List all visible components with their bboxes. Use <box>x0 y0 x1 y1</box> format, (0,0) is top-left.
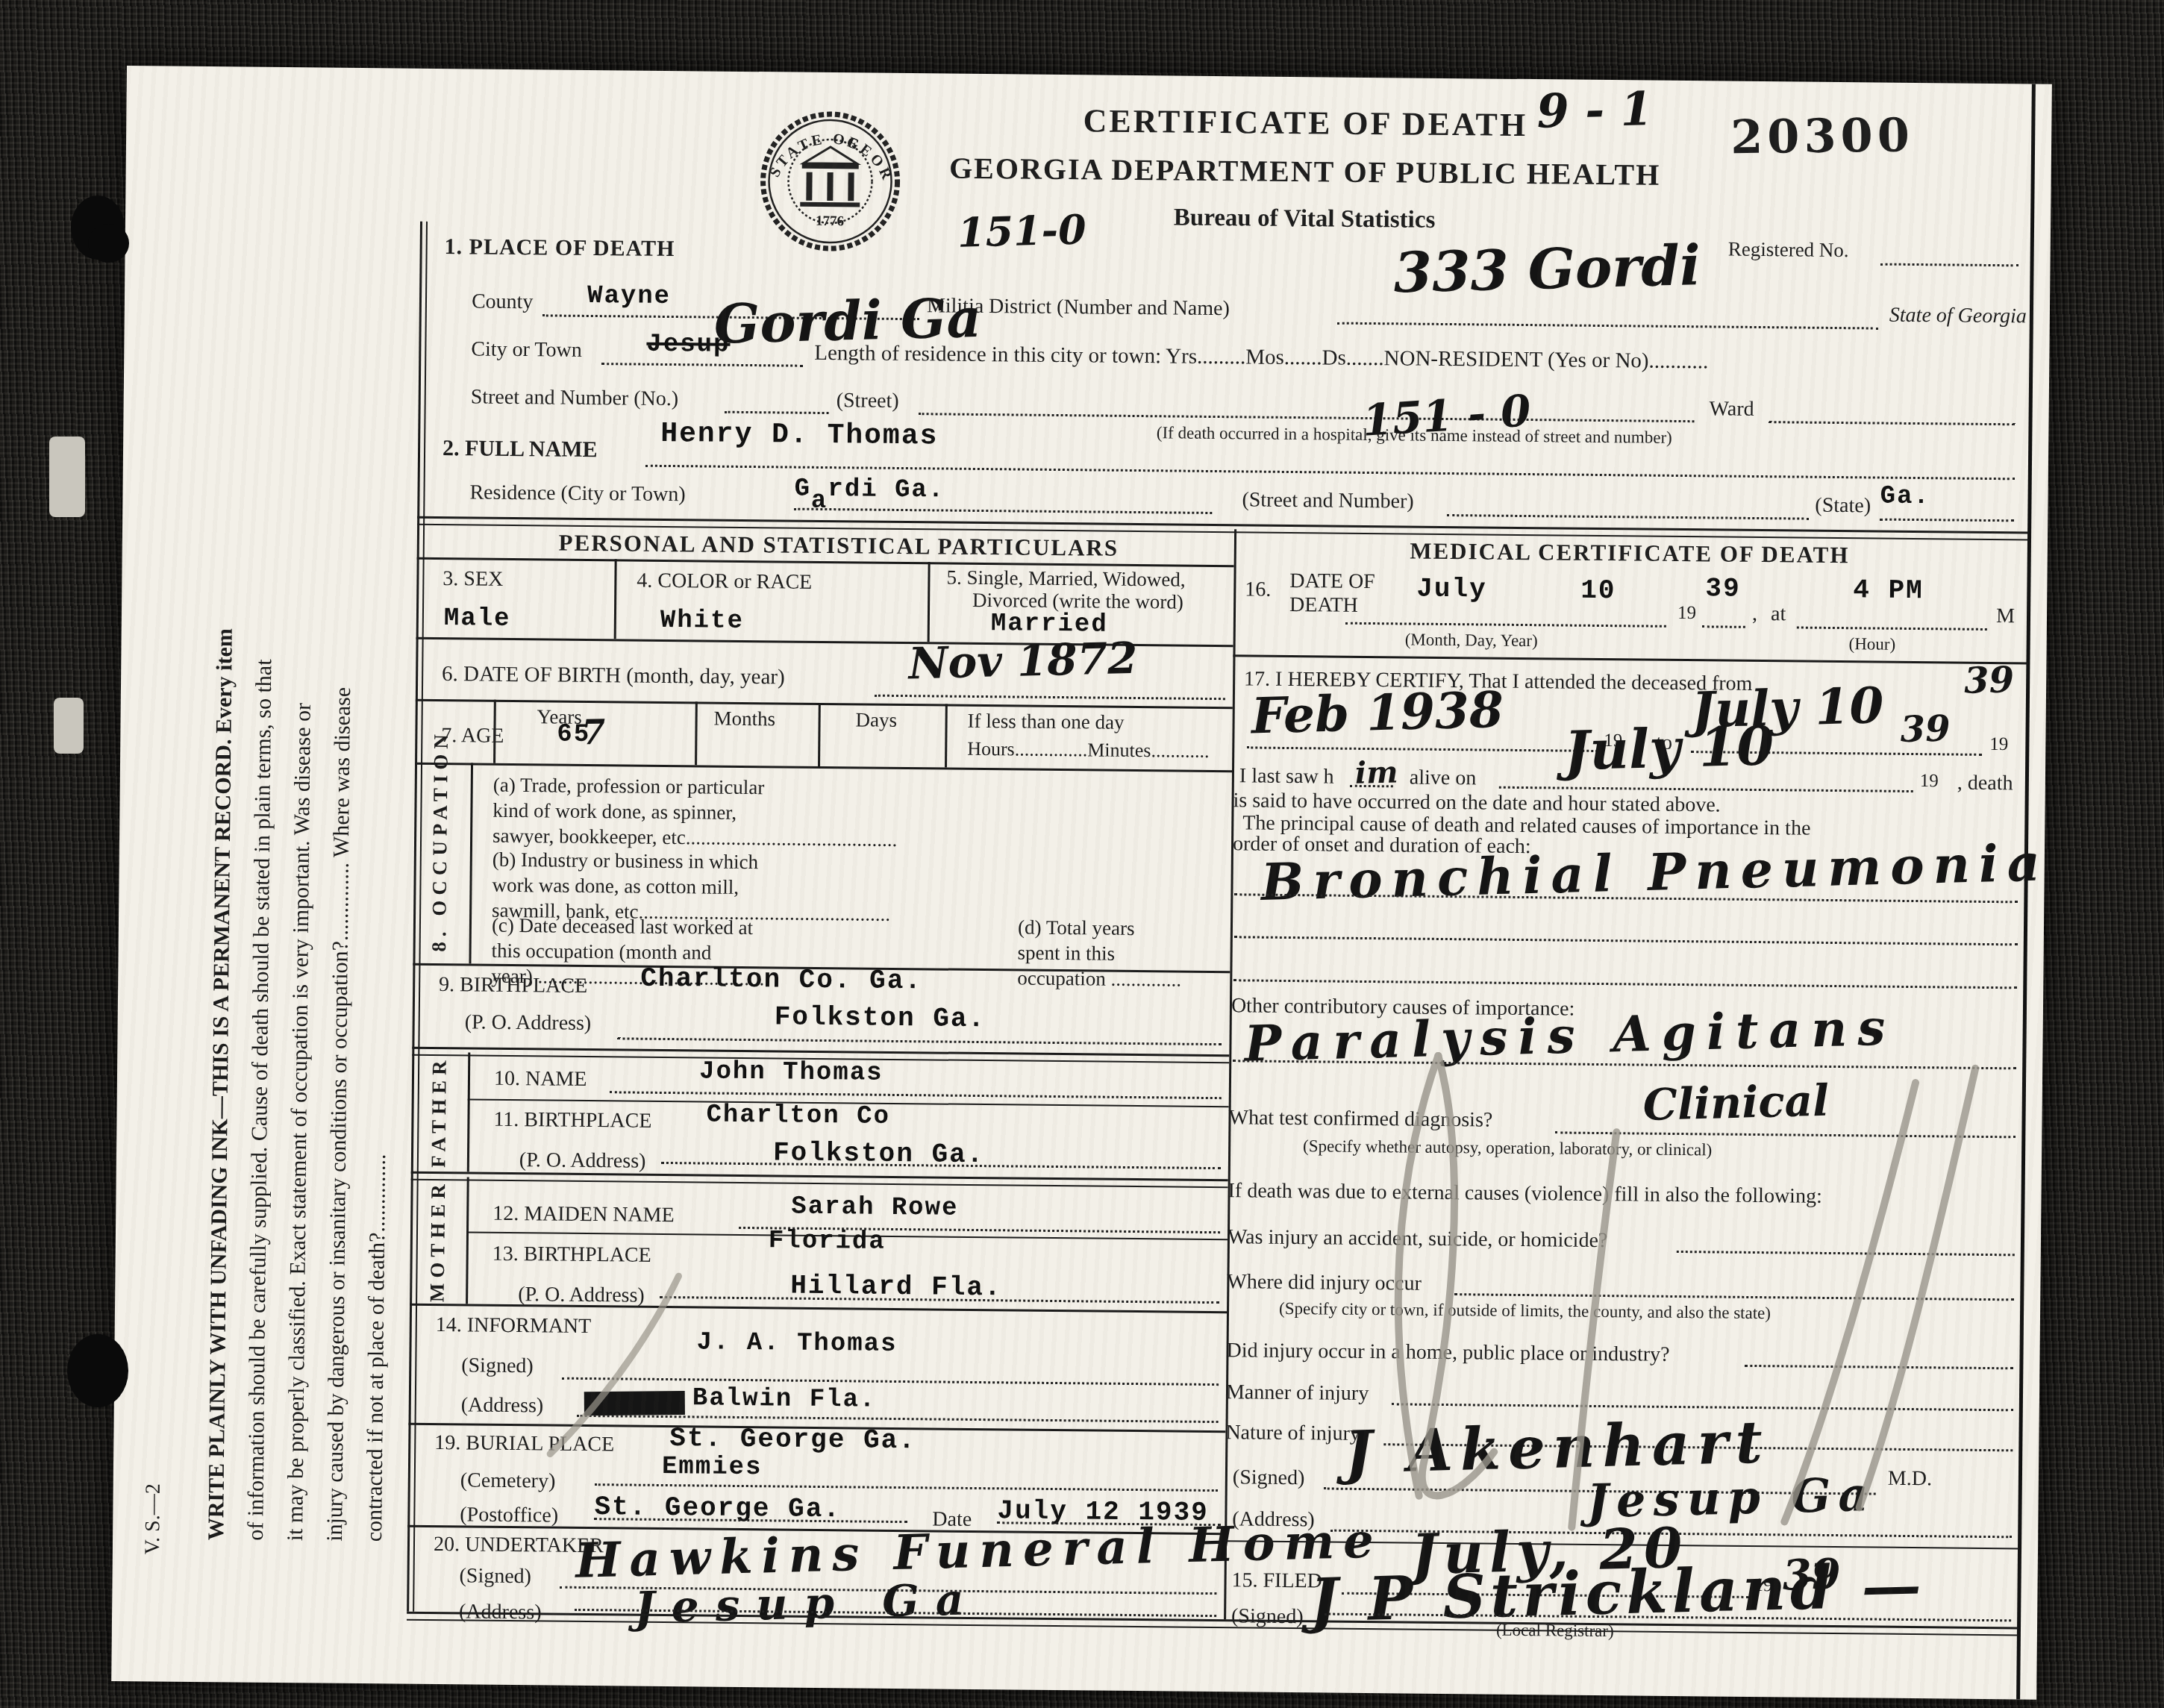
local-registrar-note: (Local Registrar) <box>1496 1621 1614 1642</box>
sex-value: Male <box>444 604 511 634</box>
home-injury-blank <box>1745 1365 2013 1369</box>
right-column-header: MEDICAL CERTIFICATE OF DEATH <box>1242 536 2018 570</box>
paper-edge-chip <box>54 698 84 754</box>
certificate-title: CERTIFICATE OF DEATH <box>984 101 1626 145</box>
residence-state-blank <box>1880 519 2014 522</box>
accident-label: Was injury an accident, suicide, or homi… <box>1228 1225 1608 1253</box>
nature-label: Nature of injury <box>1225 1421 1360 1446</box>
rule <box>928 562 931 642</box>
street-number-label: Street and Number (No.) <box>471 385 679 411</box>
militia-district-blank <box>1337 322 1878 330</box>
full-name-code: 151 - 0 <box>1361 385 1533 445</box>
external-causes-label: If death was due to external causes (vio… <box>1228 1179 1821 1209</box>
last-saw-year-value: 39 <box>1900 707 1951 751</box>
cause-blank-2 <box>1234 936 2018 945</box>
street-sub-label: (Street) <box>836 389 899 413</box>
attended-to-year-prefix: 19 <box>1989 734 2008 755</box>
rule <box>466 1177 469 1304</box>
dob-blank <box>875 695 1225 701</box>
rule <box>410 1304 1227 1314</box>
test-label: What test confirmed diagnosis? <box>1228 1106 1492 1132</box>
mother-name-value: Sarah Rowe <box>791 1193 958 1223</box>
residence-value: Gardi Ga. <box>794 475 945 505</box>
where-injury-blank <box>1454 1293 2014 1301</box>
full-name-value: Henry D. Thomas <box>660 418 938 453</box>
seal-arch-icon <box>804 147 857 164</box>
street-no-blank <box>725 411 829 414</box>
death-suffix-label: , death <box>1957 772 2013 796</box>
svg-text:STATE OF: STATE OF <box>766 130 863 181</box>
where-injury-note: (Specify city or town, if outside of lim… <box>1279 1299 1771 1323</box>
bureau-title: Bureau of Vital Statistics <box>1081 203 1528 235</box>
rule <box>614 559 617 639</box>
department-title: GEORGIA DEPARTMENT OF PUBLIC HEALTH <box>947 151 1663 193</box>
place-of-death-label: 1. PLACE OF DEATH <box>445 234 675 262</box>
dod-hour-value: 4 PM <box>1853 575 1924 606</box>
accident-blank <box>1677 1251 2015 1256</box>
cause-blank-3 <box>1233 979 2017 989</box>
informant-address-label: (Address) <box>461 1393 544 1418</box>
dod-day-value: 10 <box>1580 575 1616 606</box>
rule <box>1233 654 2027 664</box>
mother-birthplace-value: Florida <box>769 1227 886 1257</box>
birthplace-po-value: Folkston Ga. <box>775 1001 986 1034</box>
informant-signed-blank <box>562 1377 1219 1386</box>
sex-label: 3. SEX <box>443 567 503 592</box>
occupation-section-label: 8. OCCUPATION <box>428 772 452 951</box>
residence-value-dropped-a: a <box>811 487 828 516</box>
registrar-signature: J P Strickland — <box>1309 1550 1926 1636</box>
handwritten-district-code: 151-0 <box>957 205 1086 256</box>
dod-year-prefix: 19 <box>1677 603 1696 624</box>
residence-label: Residence (City or Town) <box>469 481 685 507</box>
home-injury-label: Did injury occur in a home, public place… <box>1226 1339 1669 1367</box>
dod-number-label: 16. <box>1245 578 1271 601</box>
test-blank <box>1555 1131 2016 1138</box>
less-than-day-label: If less than one day <box>967 710 1124 734</box>
blacked-out-word <box>584 1391 685 1415</box>
city-blank <box>601 363 803 367</box>
residence-street-blank <box>1447 514 1809 520</box>
ward-blank <box>1769 421 2016 425</box>
mother-section-label: MOTHER <box>426 1177 451 1304</box>
residence-state-value: Ga. <box>1880 483 1930 512</box>
dod-at-label: at <box>1771 602 1786 626</box>
dod-label-1: DATE OF <box>1289 569 1375 594</box>
birthplace-po-label: (P. O. Address) <box>465 1010 592 1036</box>
dod-blank-1 <box>1345 622 1666 628</box>
dod-blank-3 <box>1797 627 1987 631</box>
father-name-label: 10. NAME <box>494 1067 587 1092</box>
hours-minutes-label: Hours...............Minutes............ <box>967 738 1210 763</box>
mother-name-label: 12. MAIDEN NAME <box>492 1202 675 1227</box>
test-note: (Specify whether autopsy, operation, lab… <box>1303 1136 1712 1160</box>
residence-value-post: rdi Ga. <box>828 475 945 505</box>
cemetery-label: (Cemetery) <box>460 1468 556 1493</box>
dod-label-2: DEATH <box>1289 593 1358 618</box>
svg-text:GEORGIA: GEORGIA <box>758 109 897 184</box>
rule <box>415 763 1232 773</box>
father-name-value: John Thomas <box>699 1057 884 1087</box>
last-saw-date-value: July 10 <box>1563 713 1774 782</box>
race-label: 4. COLOR or RACE <box>637 569 812 595</box>
father-section-label: FATHER <box>427 1051 451 1171</box>
attended-to-year-value: 39 <box>1964 659 2015 702</box>
residence-length-label: Length of residence in this city or town… <box>814 341 1708 374</box>
postoffice-label: (Postoffice) <box>460 1503 558 1527</box>
mother-birthplace-label: 13. BIRTHPLACE <box>492 1242 651 1268</box>
rule <box>818 703 821 766</box>
city-or-town-label: City or Town <box>471 337 582 362</box>
dod-year-value: 39 <box>1705 573 1741 604</box>
informant-value: J. A. Thomas <box>696 1328 897 1359</box>
rule <box>945 704 948 768</box>
where-injury-label: Where did injury occur <box>1227 1270 1422 1295</box>
residence-value-pre: G <box>794 475 811 504</box>
informant-address-blank <box>577 1415 1219 1423</box>
left-column-header: PERSONAL AND STATISTICAL PARTICULARS <box>443 528 1234 563</box>
hour-note: (Hour) <box>1849 634 1896 654</box>
age-months-label: Months <box>713 707 775 731</box>
rule <box>411 1171 1228 1189</box>
dob-value: Nov 1872 <box>908 633 1139 689</box>
attended-from-value: Feb 1938 <box>1251 681 1504 745</box>
full-name-label: 2. FULL NAME <box>443 436 598 463</box>
undertaker-signed-label: (Signed) <box>459 1564 531 1589</box>
rule <box>493 700 496 763</box>
father-birthplace-label: 11. BIRTHPLACE <box>493 1108 651 1133</box>
rule <box>467 1052 471 1171</box>
last-saw-label-1: I last saw h <box>1239 764 1334 789</box>
dod-month-value: July <box>1416 574 1487 605</box>
father-name-blank <box>610 1091 1222 1099</box>
physician-signed-label: (Signed) <box>1233 1465 1305 1490</box>
seal-ring-text-right: GEORGIA <box>758 109 897 184</box>
ward-label: Ward <box>1710 397 1754 422</box>
registered-no-label: Registered No. <box>1728 238 1849 263</box>
rule <box>695 701 698 765</box>
md-label: M.D. <box>1888 1467 1932 1492</box>
informant-signed-label: (Signed) <box>461 1354 534 1378</box>
dod-comma: , <box>1752 602 1757 626</box>
informant-address-value: Balwin Fla. <box>692 1384 877 1414</box>
georgia-state-seal: STATE OF GEORGIA 1776 <box>758 109 903 254</box>
marital-label-1: 5. Single, Married, Widowed, <box>946 566 1185 592</box>
manner-label: Manner of injury <box>1226 1380 1369 1406</box>
seal-year: 1776 <box>816 213 844 229</box>
residence-blank <box>794 508 1212 514</box>
residence-street-label: (Street and Number) <box>1242 488 1413 513</box>
dod-blank-2 <box>1702 625 1745 628</box>
handwritten-code: 9 - 1 <box>1536 81 1654 139</box>
cemetery-value: Emmies <box>662 1453 763 1482</box>
mdy-note: (Month, Day, Year) <box>1405 630 1538 651</box>
dob-label: 6. DATE OF BIRTH (month, day, year) <box>442 662 785 689</box>
seal-ring-text-left: STATE OF <box>766 130 863 181</box>
occupation-d-label: (d) Total years spent in this occupation… <box>1017 915 1182 992</box>
informant-label: 14. INFORMANT <box>436 1313 592 1339</box>
scanned-death-certificate: WRITE PLAINLY WITH UNFADING INK—THIS IS … <box>0 0 2164 1708</box>
test-value: Clinical <box>1642 1075 1830 1130</box>
county-label: County <box>472 290 534 314</box>
certificate-number-stamp: 20300 <box>1730 107 1915 164</box>
last-saw-him-value: im <box>1354 754 1398 790</box>
county-value: Wayne <box>587 282 671 311</box>
last-saw-label-2: alive on <box>1410 766 1477 791</box>
residence-state-label: (State) <box>1815 494 1871 519</box>
father-birthplace-value: Charlton Co <box>706 1101 890 1131</box>
birthplace-po-blank <box>617 1037 1222 1045</box>
column-divider <box>1224 529 1236 1619</box>
occupation-a-label: (a) Trade, profession or particular kind… <box>492 772 898 852</box>
certificate-paper: WRITE PLAINLY WITH UNFADING INK—THIS IS … <box>111 66 2052 1700</box>
age-days-label: Days <box>855 708 897 732</box>
birthplace-label: 9. BIRTHPLACE <box>439 973 587 998</box>
last-saw-year-prefix: 19 <box>1920 771 1939 792</box>
age-years-overwrite: 7 <box>581 712 606 753</box>
militia-district-value: 333 Gordi <box>1392 234 1701 305</box>
rule <box>469 763 473 963</box>
burial-place-label: 19. BURIAL PLACE <box>434 1431 614 1457</box>
race-value: White <box>660 607 744 636</box>
state-of-georgia-label: State of Georgia <box>1889 304 2027 329</box>
paper-edge-chip <box>49 437 85 517</box>
dod-m-label: M <box>1996 604 2015 628</box>
registered-no-blank <box>1880 263 2018 267</box>
father-po-label: (P. O. Address) <box>519 1148 646 1174</box>
attended-from-blank <box>1247 746 1598 752</box>
hole-punch-mark <box>67 1334 128 1407</box>
registrar-signed-label: (Signed) <box>1231 1604 1304 1629</box>
burial-place-value: St. George Ga. <box>669 1423 916 1456</box>
street-blank <box>919 413 1695 422</box>
cemetery-blank <box>595 1483 1218 1492</box>
physician-address-label: (Address) <box>1232 1507 1315 1532</box>
hole-punch-mark <box>88 224 129 263</box>
birthplace-value: Charlton Co. Ga. <box>640 963 922 997</box>
